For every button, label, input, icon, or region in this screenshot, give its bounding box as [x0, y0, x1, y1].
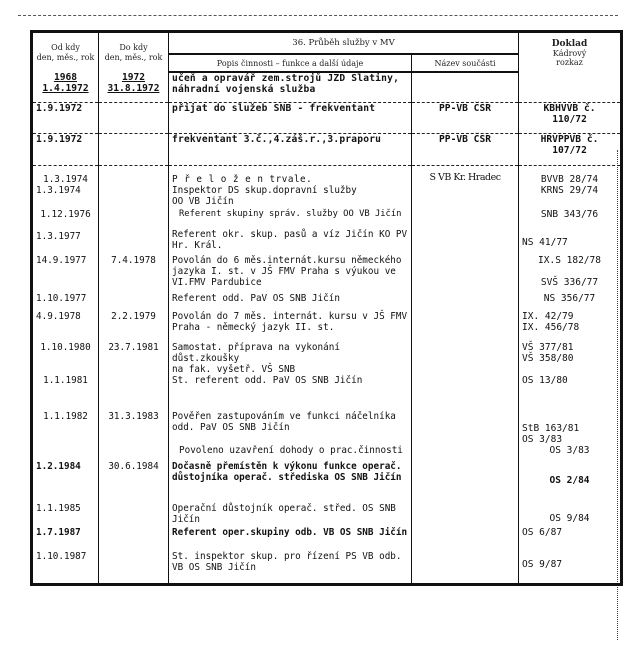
scan-top-rule [18, 15, 618, 16]
header-document-sub2: rozkaz [556, 58, 583, 67]
document-ref: KBHVVB č. 110/72 [519, 102, 622, 133]
section-title: 36. Průběh služby v MV [169, 32, 519, 55]
header-from-date: Od kdy den, měs., rok [32, 32, 99, 73]
table-row: 1.9.1972 frekventant 3.č.,4.záš.r.,3.pra… [32, 133, 622, 165]
unit [412, 375, 519, 405]
document-ref: SNB 343/76 [519, 209, 622, 227]
to-date [99, 133, 169, 165]
unit [412, 185, 519, 209]
from-date: 1.3.1974 [32, 185, 99, 209]
from-date: 1.1.1981 [32, 375, 99, 405]
header-description: Popis činnosti – funkce a další údaje [169, 54, 412, 72]
header-unit: Název součásti [412, 54, 519, 72]
to-date [99, 102, 169, 133]
from-date: 1.10.1987 [32, 545, 99, 585]
document-ref: HRVPPVB č. 107/72 [519, 133, 622, 165]
document-ref: OS 2/84 [519, 461, 622, 499]
table-row: 1.3.1974 Inspektor DS skup.dopravní služ… [32, 185, 622, 209]
from-date: 1.12.1976 [32, 209, 99, 227]
to-date: 23.7.1981 [99, 337, 169, 375]
from-date: 1.2.1984 [32, 461, 99, 499]
header-document-sub1: Kádrový [553, 49, 587, 58]
to-date [99, 499, 169, 527]
to-date [99, 227, 169, 255]
unit [412, 307, 519, 337]
document-ref: StB 163/81 OS 3/83 [519, 405, 622, 445]
table-row: 1.1.1981 St. referent odd. PaV OS SNB Ji… [32, 375, 622, 405]
table-row: 1.10.1980 23.7.1981 Samostat. příprava n… [32, 337, 622, 375]
from-date [32, 445, 99, 461]
service-history-table: Od kdy den, měs., rok Do kdy den, měs., … [30, 30, 623, 586]
to-date [99, 165, 169, 185]
description: učeň a opravář zem.strojů JZD Slatiny, n… [169, 72, 412, 102]
document-ref: VŠ 377/81 VŠ 358/80 [519, 337, 622, 375]
description: Operační důstojník operač. střed. OS SNB… [169, 499, 412, 527]
unit [412, 445, 519, 461]
description: Povolán do 7 měs. internát. kursu v JŠ F… [169, 307, 412, 337]
description: Samostat. příprava na vykonání důst.zkou… [169, 337, 412, 375]
unit-stamp: S VB Kr. Hradec [412, 165, 519, 185]
from-date: 1.9.1972 [32, 102, 99, 133]
description: P ř e l o ž e n trvale. [169, 165, 412, 185]
header-document-title: Doklad [552, 39, 588, 49]
table-row: 1.7.1987 Referent oper.skupiny odb. VB O… [32, 527, 622, 545]
table-row: 1.12.1976 Referent skupiny správ. služby… [32, 209, 622, 227]
unit [412, 499, 519, 527]
description: Referent odd. PaV OS SNB Jičín [169, 293, 412, 307]
table-row: 4.9.1978 2.2.1979 Povolán do 7 měs. inte… [32, 307, 622, 337]
from-date: 1.1.1982 [32, 405, 99, 445]
from-date: 1.7.1987 [32, 527, 99, 545]
document-ref: NS 356/77 [519, 293, 622, 307]
to-date [99, 545, 169, 585]
unit [412, 405, 519, 445]
table-row: 1.9.1972 přijat do služeb SNB - frekvent… [32, 102, 622, 133]
description: Pověřen zastupováním ve funkci náčelníka… [169, 405, 412, 445]
from-date: 1.9.1972 [32, 133, 99, 165]
table-row: Povoleno uzavření dohody o prac.činnosti… [32, 445, 622, 461]
from-date: 1.10.1980 [32, 337, 99, 375]
table-row: 1.3.1977 Referent okr. skup. pasů a víz … [32, 227, 622, 255]
to-date: 30.6.1984 [99, 461, 169, 499]
from-date: 1.3.1974 [32, 165, 99, 185]
to-date [99, 375, 169, 405]
to-date [99, 445, 169, 461]
description: přijat do služeb SNB - frekventant [169, 102, 412, 133]
to-date: 7.4.1978 [99, 255, 169, 293]
table-row: 1.2.1984 30.6.1984 Dočasně přemístěn k v… [32, 461, 622, 499]
from-date: 1.3.1977 [32, 227, 99, 255]
to-date [99, 185, 169, 209]
header-to-date: Do kdy den, měs., rok [99, 32, 169, 73]
unit [412, 72, 519, 102]
unit [412, 527, 519, 545]
to-date [99, 209, 169, 227]
document-ref [519, 72, 622, 102]
table-row: 14.9.1977 7.4.1978 Povolán do 6 měs.inte… [32, 255, 622, 293]
table-row: 1968 1.4.1972 1972 31.8.1972 učeň a opra… [32, 72, 622, 102]
description: St. referent odd. PaV OS SNB Jičín [169, 375, 412, 405]
unit [412, 337, 519, 375]
unit [412, 293, 519, 307]
to-date [99, 293, 169, 307]
description: Povolán do 6 měs.internát.kursu německéh… [169, 255, 412, 293]
table-row: 1.10.1987 St. inspektor skup. pro řízení… [32, 545, 622, 585]
to-date: 31.3.1983 [99, 405, 169, 445]
from-date: 4.9.1978 [32, 307, 99, 337]
document-ref: IX.S 182/78 SVŠ 336/77 [519, 255, 622, 293]
document-ref: OS 6/87 [519, 527, 622, 545]
from-date: 1968 1.4.1972 [32, 72, 99, 102]
document-ref: BVVB 28/74 [519, 165, 622, 185]
unit [412, 227, 519, 255]
description: Inspektor DS skup.dopravní služby OO VB … [169, 185, 412, 209]
to-date: 1972 31.8.1972 [99, 72, 169, 102]
from-date: 14.9.1977 [32, 255, 99, 293]
to-date [99, 527, 169, 545]
service-record-form: Od kdy den, měs., rok Do kdy den, měs., … [30, 30, 620, 586]
from-date: 1.1.1985 [32, 499, 99, 527]
description: Referent okr. skup. pasů a víz Jičín KO … [169, 227, 412, 255]
table-row: 1.10.1977 Referent odd. PaV OS SNB Jičín… [32, 293, 622, 307]
table-row: 1.1.1982 31.3.1983 Pověřen zastupováním … [32, 405, 622, 445]
description: St. inspektor skup. pro řízení PS VB odb… [169, 545, 412, 585]
from-date: 1.10.1977 [32, 293, 99, 307]
description: frekventant 3.č.,4.záš.r.,3.praporu [169, 133, 412, 165]
unit: PP-VB ČSR [412, 133, 519, 165]
description: Referent skupiny správ. služby OO VB Jič… [169, 209, 412, 227]
unit [412, 255, 519, 293]
document-ref: KRNS 29/74 [519, 185, 622, 209]
document-ref: NS 41/77 [519, 227, 622, 255]
description: Povoleno uzavření dohody o prac.činnosti [169, 445, 412, 461]
document-ref: OS 9/84 [519, 499, 622, 527]
document-ref: OS 13/80 [519, 375, 622, 405]
description: Dočasně přemístěn k výkonu funkce operač… [169, 461, 412, 499]
unit [412, 209, 519, 227]
to-date: 2.2.1979 [99, 307, 169, 337]
header-document: Doklad Kádrový rozkaz [519, 32, 622, 73]
description: Referent oper.skupiny odb. VB OS SNB Jič… [169, 527, 412, 545]
document-ref: IX. 42/79 IX. 456/78 [519, 307, 622, 337]
document-ref: OS 3/83 [519, 445, 622, 461]
document-ref: OS 9/87 [519, 545, 622, 585]
table-row: 1.1.1985 Operační důstojník operač. stře… [32, 499, 622, 527]
table-row: 1.3.1974 P ř e l o ž e n trvale. S VB Kr… [32, 165, 622, 185]
unit: PP-VB ČSR [412, 102, 519, 133]
unit [412, 545, 519, 585]
unit [412, 461, 519, 499]
